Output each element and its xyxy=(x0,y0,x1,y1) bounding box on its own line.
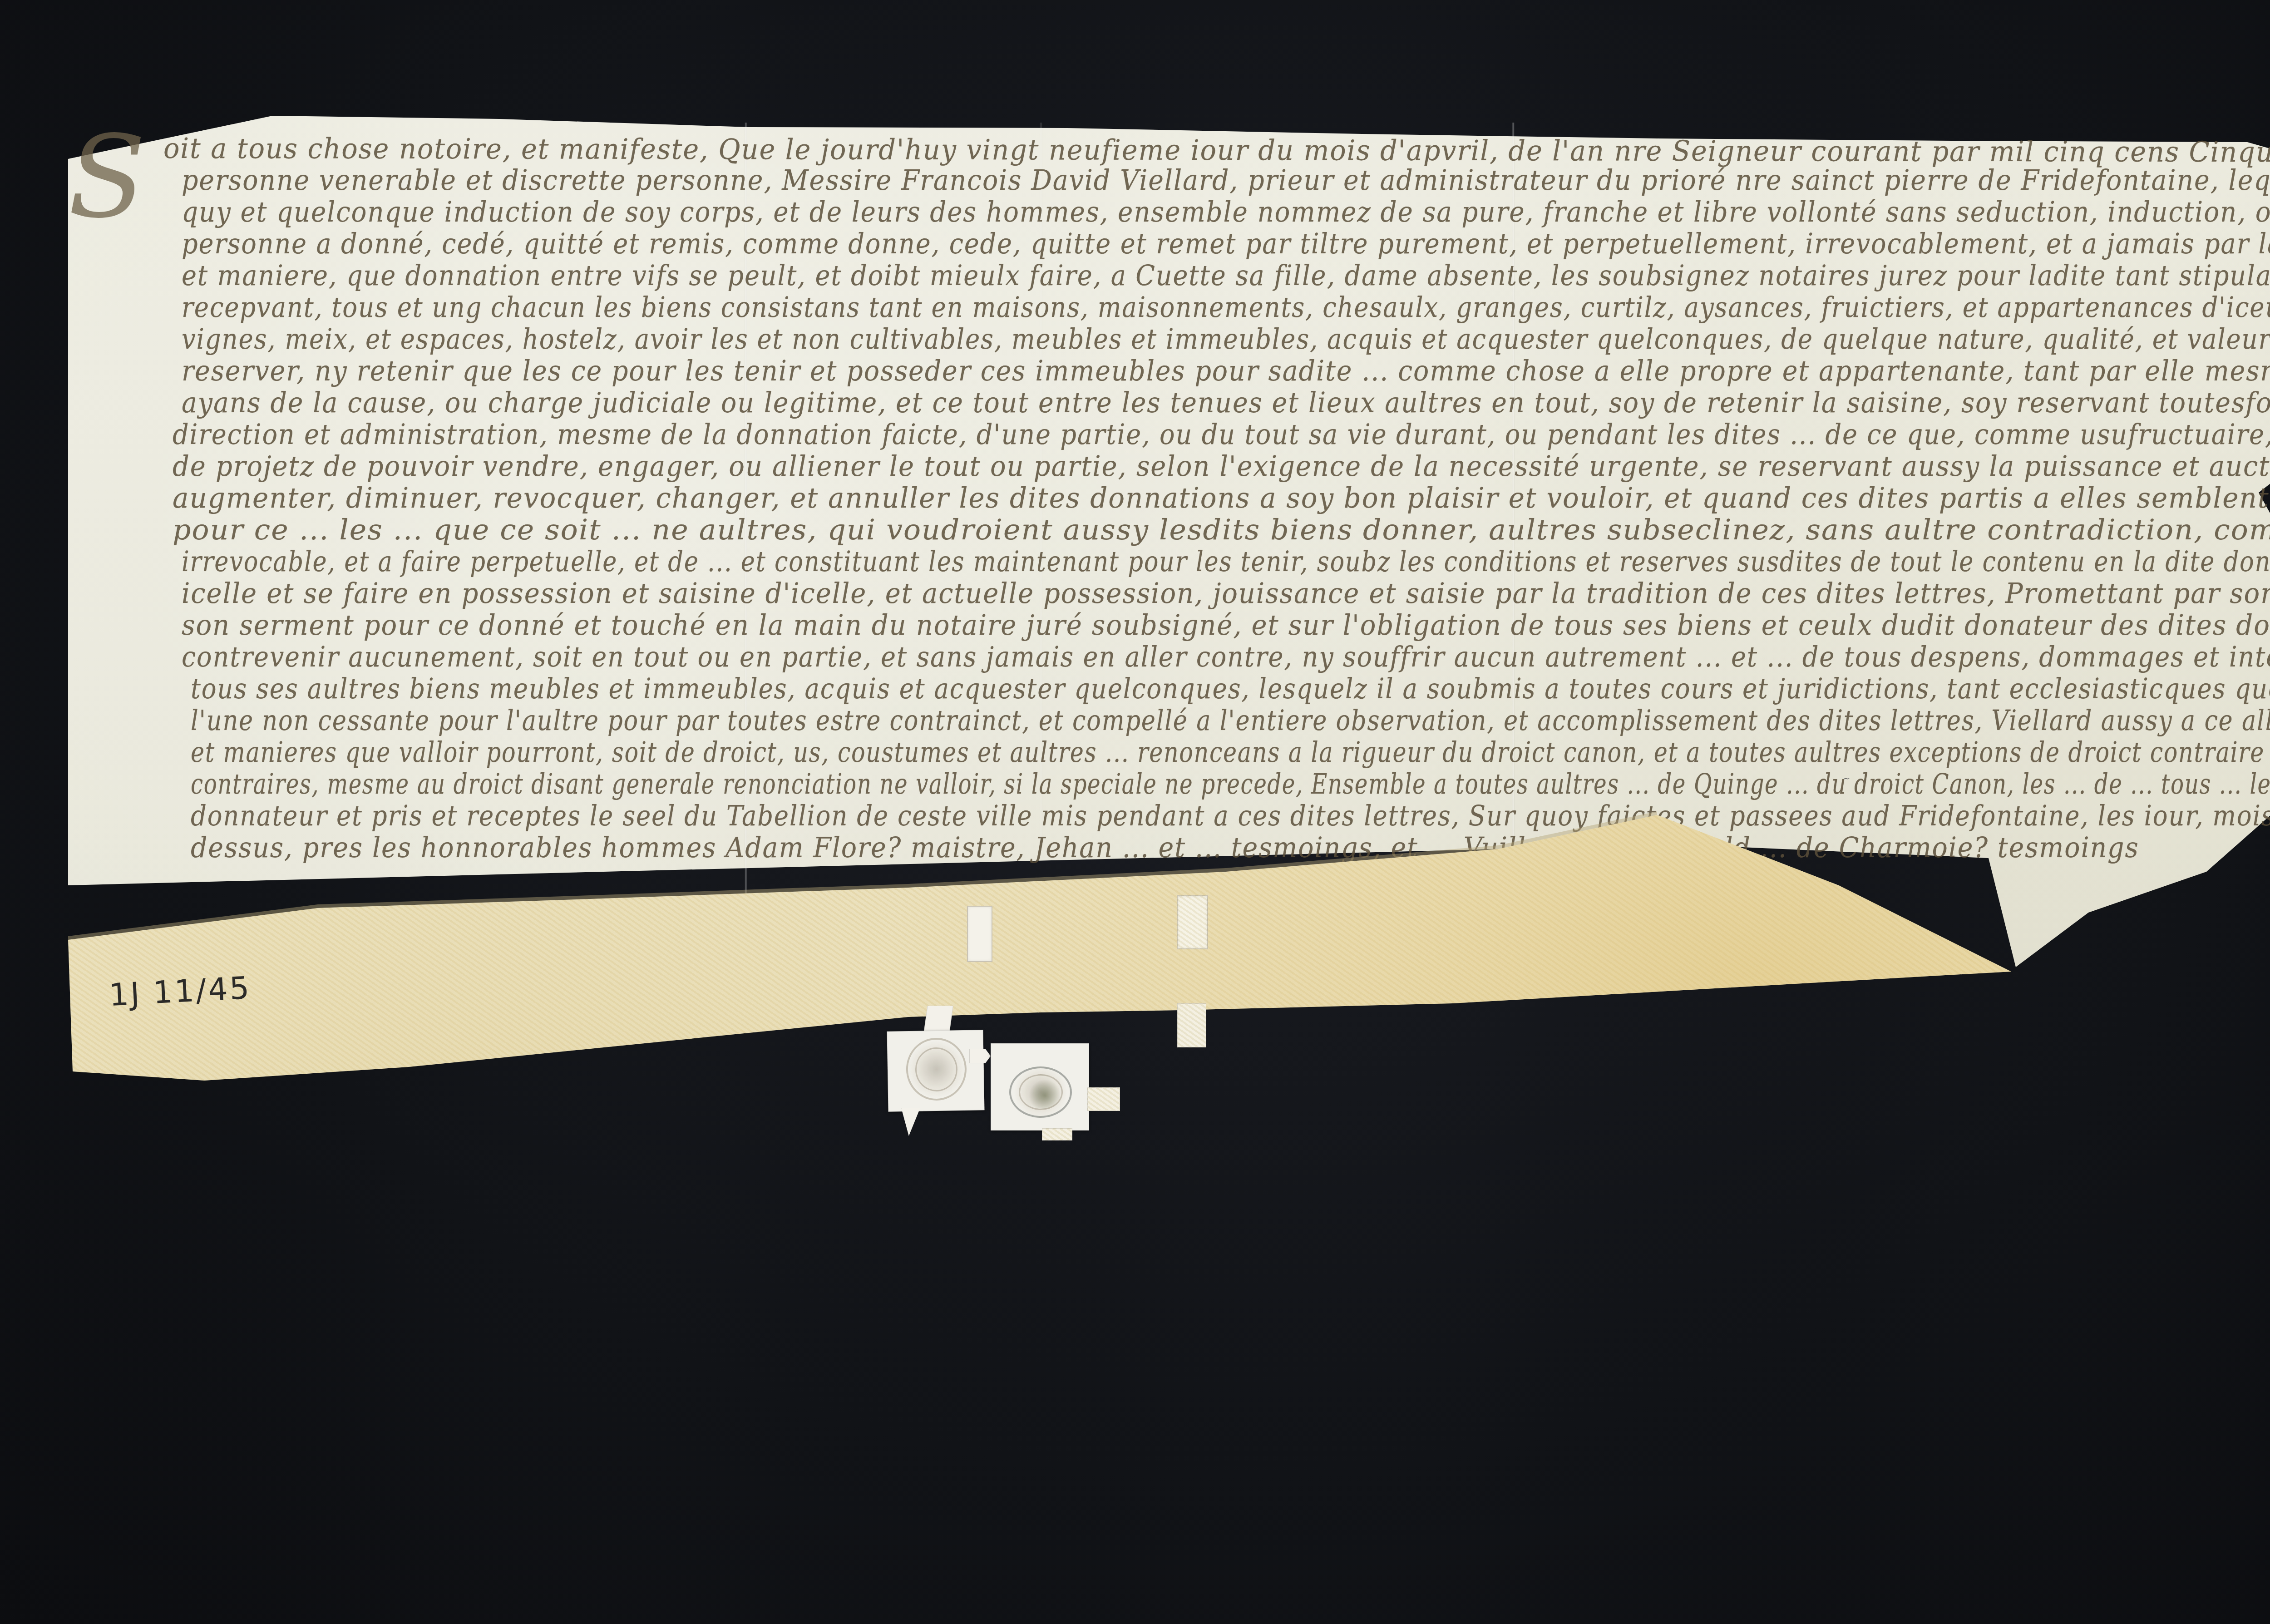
text-line-8: reserver, ny retenir que les ce pour les… xyxy=(182,354,2270,387)
seal-inner-ring xyxy=(1019,1074,1063,1111)
text-line-20: et manieres que valloir pourront, soit d… xyxy=(191,735,2270,769)
text-line-18: tous ses aultres biens meubles et immeub… xyxy=(191,672,2270,705)
text-line-23: dessus, pres les honnorables hommes Adam… xyxy=(191,831,2139,864)
text-line-2: personne venerable et discrette personne… xyxy=(182,163,2270,197)
text-line-12: augmenter, diminuer, revocquer, changer,… xyxy=(173,481,2270,514)
pencil-mark: ~ xyxy=(1843,774,1850,784)
text-line-13: pour ce ... les ... que ce soit ... ne a… xyxy=(173,513,2270,546)
seal-tag-tab-right xyxy=(1087,1087,1120,1111)
text-line-9: ayans de la cause, ou charge judiciale o… xyxy=(182,386,2270,419)
text-line-22: donnateur et pris et receptes le seel du… xyxy=(191,799,2270,832)
seal-inner-ring xyxy=(915,1047,958,1092)
seal-tag-slit-left xyxy=(967,906,992,962)
decorated-initial: S xyxy=(68,120,146,234)
seal-impression-right xyxy=(1009,1066,1072,1118)
text-line-14: irrevocable, et a faire perpetuelle, et … xyxy=(182,545,2270,578)
text-line-10: direction et administration, mesme de la… xyxy=(173,418,2270,451)
text-line-6: recepvant, tous et ung chacun les biens … xyxy=(182,291,2270,324)
text-line-21: contraires, mesme au droict disant gener… xyxy=(191,767,2270,800)
text-line-17: contrevenir aucunement, soit en tout ou … xyxy=(182,640,2270,673)
seal-tag-strip-right xyxy=(1177,1003,1206,1047)
text-line-19: l'une non cessante pour l'aultre pour pa… xyxy=(191,704,2270,737)
text-line-5: et maniere, que donnation entre vifs se … xyxy=(182,259,2270,292)
seal-impression-left xyxy=(906,1037,967,1101)
archive-shelfmark: 1J 11/45 xyxy=(108,970,252,1013)
seal-tag-tail-right xyxy=(1042,1128,1072,1140)
text-line-7: vignes, meix, et espaces, hostelz, avoir… xyxy=(182,322,2270,355)
text-line-15: icelle et se faire en possession et sais… xyxy=(182,577,2270,610)
text-line-16: son serment pour ce donné et touché en l… xyxy=(182,608,2270,642)
text-line-3: quy et quelconque induction de soy corps… xyxy=(182,195,2270,228)
seal-wrapping-right xyxy=(991,1043,1089,1130)
text-line-11: de projetz de pouvoir vendre, engager, o… xyxy=(173,449,2270,483)
seal-tag-slit-right xyxy=(1177,895,1208,949)
text-line-4: personne a donné, cedé, quitté et remis,… xyxy=(182,227,2270,260)
seal-wrapping-left xyxy=(887,1030,984,1112)
